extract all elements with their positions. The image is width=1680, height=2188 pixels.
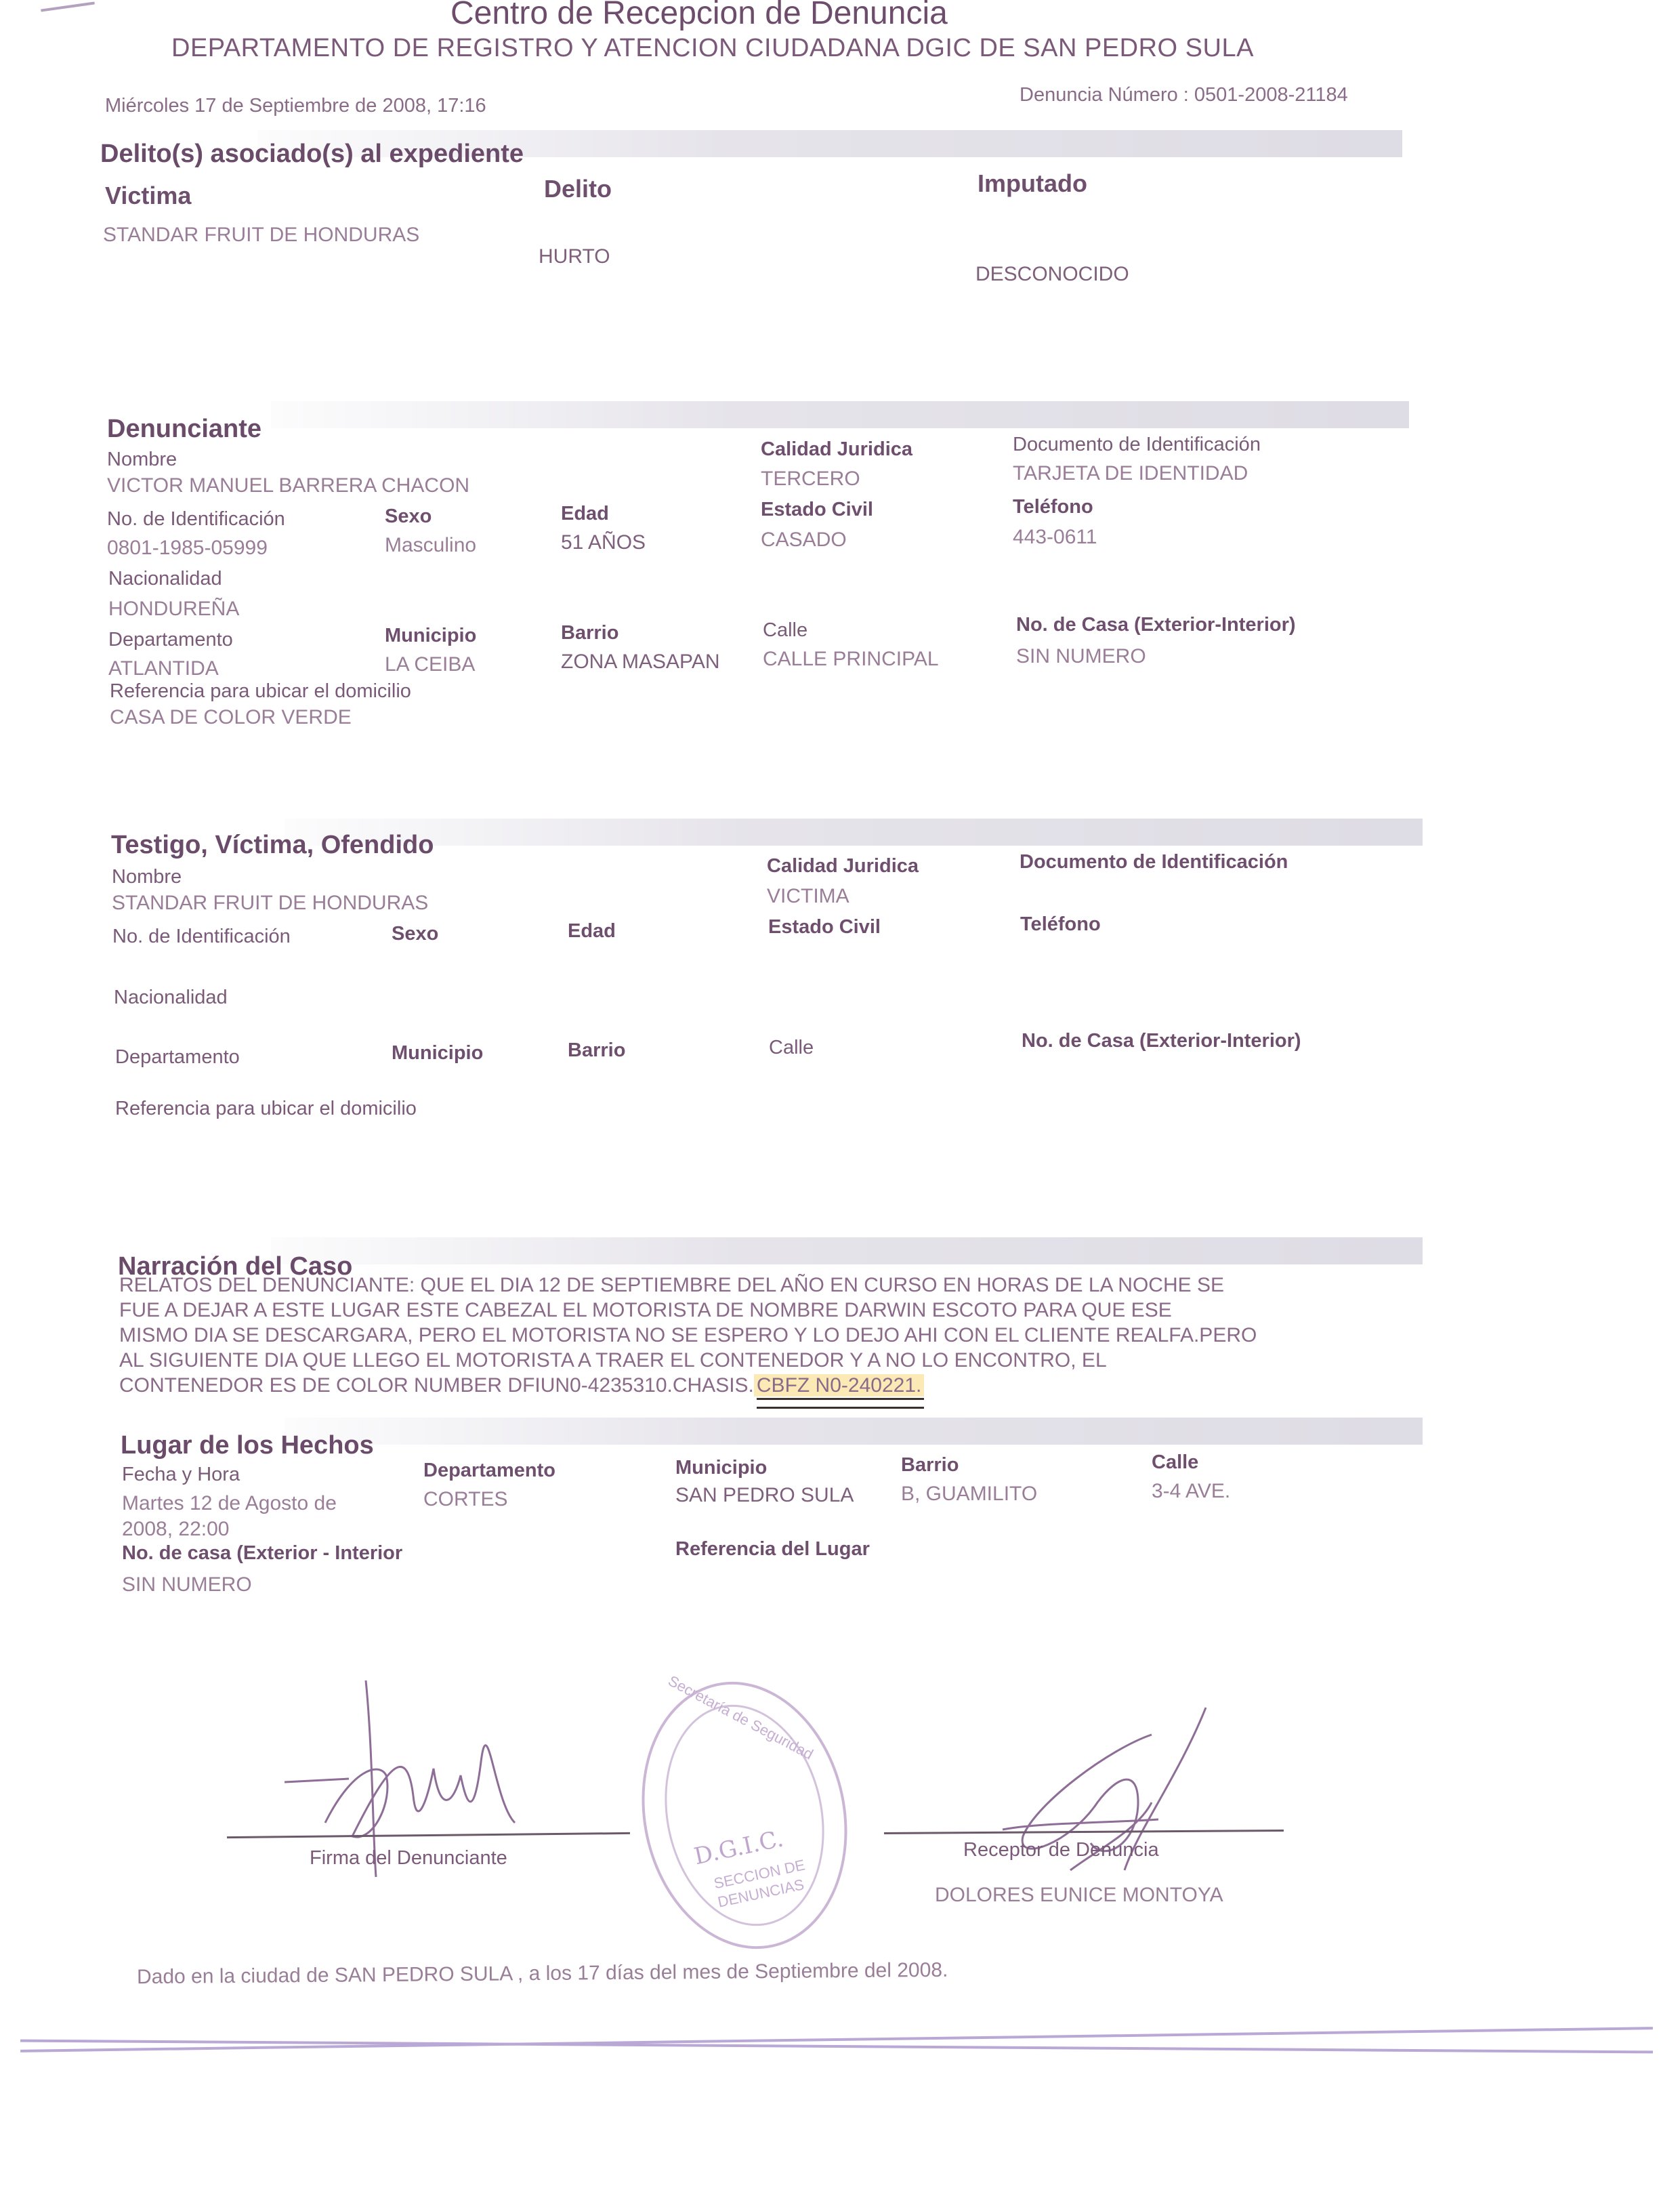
barrio-label: Barrio bbox=[561, 622, 618, 644]
departamento-label: Departamento bbox=[108, 629, 233, 651]
narracion-line: RELATOS DEL DENUNCIANTE: QUE EL DIA 12 D… bbox=[119, 1273, 1257, 1298]
edad-label: Edad bbox=[561, 503, 609, 525]
referencia-label: Referencia para ubicar el domicilio bbox=[110, 680, 411, 703]
footer-text: Dado en la ciudad de SAN PEDRO SULA , a … bbox=[137, 1959, 948, 1989]
testigo-calle-label: Calle bbox=[769, 1037, 814, 1059]
denuncia-number: Denuncia Número : 0501-2008-21184 bbox=[1020, 84, 1348, 106]
edad-value: 51 AÑOS bbox=[561, 531, 646, 554]
testigo-documento-label: Documento de Identificación bbox=[1020, 851, 1288, 873]
lugar-fecha-value-2: 2008, 22:00 bbox=[122, 1518, 229, 1541]
highlighted-chasis-number: CBFZ N0-240221. bbox=[754, 1374, 924, 1397]
calle-value: CALLE PRINCIPAL bbox=[763, 648, 939, 671]
lugar-barrio-label: Barrio bbox=[901, 1454, 959, 1477]
departamento-value: ATLANTIDA bbox=[108, 657, 219, 680]
firma-denunciante-label: Firma del Denunciante bbox=[310, 1847, 507, 1870]
lugar-calle-value: 3-4 AVE. bbox=[1152, 1480, 1230, 1503]
lugar-casa-label: No. de casa (Exterior - Interior bbox=[122, 1542, 402, 1565]
testigo-nombre-value: STANDAR FRUIT DE HONDURAS bbox=[112, 892, 428, 915]
scan-mark bbox=[41, 1, 95, 12]
testigo-identificacion-label: No. de Identificación bbox=[112, 926, 291, 948]
lugar-departamento-value: CORTES bbox=[423, 1488, 507, 1511]
municipio-value: LA CEIBA bbox=[385, 653, 475, 676]
estado-civil-label: Estado Civil bbox=[761, 499, 873, 521]
delito-heading: Delito bbox=[544, 175, 612, 203]
receptor-label: Receptor de Denuncia bbox=[963, 1839, 1159, 1861]
telefono-label: Teléfono bbox=[1013, 496, 1093, 518]
document-datetime: Miércoles 17 de Septiembre de 2008, 17:1… bbox=[105, 95, 486, 117]
denuncia-number-label: Denuncia Número : bbox=[1020, 84, 1189, 106]
section-title-delitos: Delito(s) asociado(s) al expediente bbox=[100, 140, 524, 169]
nombre-label: Nombre bbox=[107, 449, 177, 471]
lugar-barrio-value: B, GUAMILITO bbox=[901, 1483, 1037, 1506]
narracion-line: CONTENEDOR ES DE COLOR NUMBER DFIUN0-423… bbox=[119, 1373, 1257, 1398]
narracion-text: RELATOS DEL DENUNCIANTE: QUE EL DIA 12 D… bbox=[119, 1273, 1257, 1398]
documento-label: Documento de Identificación bbox=[1013, 434, 1261, 456]
narracion-line: FUE A DEJAR A ESTE LUGAR ESTE CABEZAL EL… bbox=[119, 1298, 1257, 1323]
imputado-value: DESCONOCIDO bbox=[975, 263, 1129, 286]
calle-label: Calle bbox=[763, 619, 807, 642]
victima-value: STANDAR FRUIT DE HONDURAS bbox=[103, 224, 419, 247]
barrio-value: ZONA MASAPAN bbox=[561, 651, 720, 674]
lugar-referencia-label: Referencia del Lugar bbox=[675, 1538, 870, 1561]
identificacion-value: 0801-1985-05999 bbox=[107, 537, 268, 560]
narracion-line: AL SIGUIENTE DIA QUE LLEGO EL MOTORISTA … bbox=[119, 1348, 1257, 1373]
testigo-casa-label: No. de Casa (Exterior-Interior) bbox=[1022, 1030, 1301, 1052]
delito-value: HURTO bbox=[539, 245, 610, 268]
casa-label: No. de Casa (Exterior-Interior) bbox=[1016, 614, 1296, 636]
testigo-edad-label: Edad bbox=[568, 920, 616, 943]
referencia-value: CASA DE COLOR VERDE bbox=[110, 706, 352, 729]
calidad-label: Calidad Juridica bbox=[761, 438, 912, 461]
denuncia-number-value: 0501-2008-21184 bbox=[1194, 84, 1348, 106]
section-band bbox=[271, 401, 1409, 428]
dgic-seal: Secretaría de Seguridad D.G.I.C. SECCION… bbox=[618, 1662, 871, 1968]
document-title: Centro de Recepcion de Denuncia bbox=[450, 0, 948, 32]
testigo-calidad-label: Calidad Juridica bbox=[767, 855, 919, 878]
sexo-label: Sexo bbox=[385, 505, 432, 528]
testigo-nacionalidad-label: Nacionalidad bbox=[114, 987, 228, 1009]
lugar-departamento-label: Departamento bbox=[423, 1460, 555, 1482]
casa-value: SIN NUMERO bbox=[1016, 645, 1146, 668]
testigo-departamento-label: Departamento bbox=[115, 1046, 240, 1069]
lugar-fecha-label: Fecha y Hora bbox=[122, 1464, 240, 1486]
department-heading: DEPARTAMENTO DE REGISTRO Y ATENCION CIUD… bbox=[171, 34, 1254, 63]
municipio-label: Municipio bbox=[385, 625, 476, 647]
narracion-line-text: CONTENEDOR ES DE COLOR NUMBER DFIUN0-423… bbox=[119, 1374, 754, 1397]
sexo-value: Masculino bbox=[385, 534, 476, 557]
testigo-telefono-label: Teléfono bbox=[1020, 913, 1101, 936]
identificacion-label: No. de Identificación bbox=[107, 508, 285, 531]
testigo-referencia-label: Referencia para ubicar el domicilio bbox=[115, 1098, 417, 1120]
testigo-estado-civil-label: Estado Civil bbox=[768, 916, 881, 938]
testigo-calidad-value: VICTIMA bbox=[767, 885, 849, 908]
nombre-value: VICTOR MANUEL BARRERA CHACON bbox=[107, 474, 469, 497]
lugar-municipio-value: SAN PEDRO SULA bbox=[675, 1484, 854, 1507]
testigo-municipio-label: Municipio bbox=[392, 1042, 483, 1065]
telefono-value: 443-0611 bbox=[1013, 526, 1097, 549]
documento-value: TARJETA DE IDENTIDAD bbox=[1013, 462, 1248, 485]
receptor-name: DOLORES EUNICE MONTOYA bbox=[935, 1884, 1223, 1907]
section-title-testigo: Testigo, Víctima, Ofendido bbox=[111, 831, 434, 860]
nacionalidad-label: Nacionalidad bbox=[108, 568, 222, 590]
lugar-calle-label: Calle bbox=[1152, 1451, 1198, 1474]
victima-heading: Victima bbox=[105, 182, 191, 210]
section-band bbox=[271, 1237, 1423, 1264]
calidad-value: TERCERO bbox=[761, 468, 860, 491]
section-band bbox=[285, 819, 1423, 846]
section-title-lugar: Lugar de los Hechos bbox=[121, 1431, 374, 1460]
estado-civil-value: CASADO bbox=[761, 529, 847, 552]
imputado-heading: Imputado bbox=[978, 169, 1087, 198]
testigo-sexo-label: Sexo bbox=[392, 923, 438, 945]
testigo-barrio-label: Barrio bbox=[568, 1039, 625, 1062]
narracion-line: MISMO DIA SE DESCARGARA, PERO EL MOTORIS… bbox=[119, 1323, 1257, 1348]
nacionalidad-value: HONDUREÑA bbox=[108, 598, 239, 621]
lugar-municipio-label: Municipio bbox=[675, 1457, 767, 1479]
section-title-denunciante: Denunciante bbox=[107, 415, 261, 444]
section-band bbox=[285, 1418, 1423, 1445]
lugar-fecha-value-1: Martes 12 de Agosto de bbox=[122, 1492, 337, 1515]
testigo-nombre-label: Nombre bbox=[112, 866, 182, 888]
lugar-casa-value: SIN NUMERO bbox=[122, 1573, 252, 1596]
